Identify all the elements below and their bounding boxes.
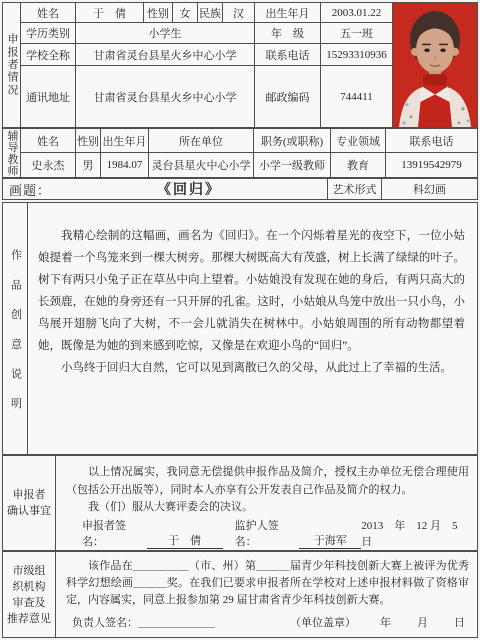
description-section-label: 作品创意说明	[10, 230, 21, 427]
confirmation-content: 以上情况属实，我同意无偿提供申报作品及简介，授权主办单位无偿合理使用（包括公开出…	[56, 456, 477, 550]
education-type-value: 小学生	[76, 23, 255, 43]
responsible-signature-label: 负责人签名：	[72, 614, 138, 630]
tutor-birth-value: 1984.07	[101, 153, 149, 177]
responsible-signature-blank: ＿＿＿＿＿＿＿	[138, 614, 215, 630]
review-year-label: 年	[380, 614, 391, 630]
applicant-section-label-cell: 申报者情况	[3, 3, 21, 127]
school-name-label: 学校全称	[21, 44, 76, 65]
review-section-label: 市级组 织机构 审查及 推荐意见	[7, 563, 51, 627]
tutor-section-label-cell: 辅导教师	[3, 129, 21, 177]
grade-value: 五一班	[321, 23, 393, 43]
tutor-section: 辅导教师 姓名 性别 出生年月 所在单位 职务(或职称) 专业领域 联系电话 史…	[2, 128, 478, 178]
applicant-row-2: 学历类别 小学生 年 级 五一班	[21, 23, 393, 44]
confirmation-paragraph-2: 我（们）服从大赛评委会的决议。	[66, 499, 469, 517]
name-value: 于 倩	[76, 3, 144, 22]
description-content: 我精心绘制的这幅画，画名为《回归》。在一个闪烁着星光的夜空下，一位小姑娘提着一个…	[28, 203, 477, 454]
applicant-row-1: 姓名 于 倩 性别 女 民族 汉 出生年月 2003.01.22	[21, 3, 393, 23]
tutor-section-label: 辅导教师	[6, 130, 17, 176]
applicant-photo-image	[393, 3, 477, 127]
review-month-label: 月	[417, 614, 428, 630]
description-paragraph-1: 我精心绘制的这幅画，画名为《回归》。在一个闪烁着星光的夜空下，一位小姑娘提着一个…	[38, 225, 465, 357]
tutor-title-value: 小学一级教师	[254, 153, 331, 177]
applicant-section-label: 申报者情况	[6, 33, 17, 96]
birthdate-label: 出生年月	[255, 3, 321, 22]
contact-phone-value: 15293310936	[321, 44, 393, 65]
review-signature-row: 负责人签名： ＿＿＿＿＿＿＿ （单位盖章） 年 月 日	[66, 614, 469, 630]
confirmation-paragraph-1: 以上情况属实，我同意无偿提供申报作品及简介，授权主办单位无偿合理使用（包括公开出…	[66, 464, 469, 499]
ethnicity-value: 汉	[223, 3, 255, 22]
ethnicity-label: 民族	[198, 3, 223, 22]
applicant-photo	[393, 3, 477, 127]
description-paragraph-2: 小鸟终于回归大自然，它可以见到离散已久的父母，从此过上了幸福的生活。	[38, 357, 465, 379]
artwork-title-cell: 画题： 《回归》	[3, 179, 328, 199]
applicant-confirmation-section: 申报者 确认事宜 以上情况属实，我同意无偿提供申报作品及简介，授权主办单位无偿合…	[2, 455, 478, 551]
tutor-unit-value: 灵台县星火中心小学	[149, 153, 254, 177]
name-label: 姓名	[21, 3, 76, 22]
school-name-value: 甘肃省灵台县星火乡中心小学	[76, 44, 255, 65]
unit-seal-label: （单位盖章）	[290, 614, 356, 630]
contact-phone-label: 联系电话	[255, 44, 321, 65]
art-form-value: 科幻画	[382, 179, 477, 199]
review-content: 该作品在＿＿＿＿＿（市、州）第＿＿＿届青少年科技创新大赛上被评为优秀科学幻想绘画…	[56, 552, 477, 637]
applicant-signature-value: 于 倩	[147, 532, 223, 549]
confirmation-signature-row: 申报者签名： 于 倩 监护人签名： 于海军 2013 年 12 月 5 日	[66, 517, 469, 549]
birthdate-value: 2003.01.22	[321, 3, 393, 22]
tutor-phone-header: 联系电话	[386, 129, 477, 152]
grade-label: 年 级	[255, 23, 321, 43]
education-type-label: 学历类别	[21, 23, 76, 43]
applicant-row-3: 学校全称 甘肃省灵台县星火乡中心小学 联系电话 15293310936	[21, 44, 393, 66]
applicant-row-4: 通讯地址 甘肃省灵台县星火乡中心小学 邮政编码 744411	[21, 66, 393, 127]
confirmation-date: 2013 年 12 月 5 日	[361, 517, 469, 549]
artwork-title-label: 画题：	[9, 180, 51, 199]
tutor-header-row: 姓名 性别 出生年月 所在单位 职务(或职称) 专业领域 联系电话	[21, 129, 477, 153]
applicant-info-section: 申报者情况 姓名 于 倩 性别 女 民族 汉 出生年月 2003.01.22 学…	[2, 2, 478, 128]
postal-code-label: 邮政编码	[255, 66, 321, 127]
tutor-gender-header: 性别	[76, 129, 101, 152]
creative-description-section: 作品创意说明 我精心绘制的这幅画，画名为《回归》。在一个闪烁着星光的夜空下，一位…	[2, 202, 478, 455]
tutor-birth-header: 出生年月	[101, 129, 149, 152]
applicant-rows: 姓名 于 倩 性别 女 民族 汉 出生年月 2003.01.22 学历类别 小学…	[21, 3, 393, 127]
confirmation-section-label: 申报者 确认事宜	[7, 487, 51, 519]
mailing-address-value: 甘肃省灵台县星火乡中心小学	[76, 66, 255, 127]
description-section-label-cell: 作品创意说明	[3, 203, 28, 454]
tutor-field-value: 教育	[331, 153, 386, 177]
tutor-title-header: 职务(或职称)	[254, 129, 331, 152]
tutor-name-value: 史永杰	[21, 153, 76, 177]
tutor-field-header: 专业领域	[331, 129, 386, 152]
review-paragraph: 该作品在＿＿＿＿＿（市、州）第＿＿＿届青少年科技创新大赛上被评为优秀科学幻想绘画…	[66, 558, 469, 609]
application-form-page: { "applicant": { "section_label": "申报者情况…	[0, 0, 480, 640]
tutor-name-header: 姓名	[21, 129, 76, 152]
mailing-address-label: 通讯地址	[21, 66, 76, 127]
gender-label: 性别	[144, 3, 173, 22]
confirmation-section-label-cell: 申报者 确认事宜	[3, 456, 56, 550]
tutor-rows: 姓名 性别 出生年月 所在单位 职务(或职称) 专业领域 联系电话 史永杰 男 …	[21, 129, 477, 177]
review-section-label-cell: 市级组 织机构 审查及 推荐意见	[3, 552, 56, 637]
municipal-review-section: 市级组 织机构 审查及 推荐意见 该作品在＿＿＿＿＿（市、州）第＿＿＿届青少年科…	[2, 551, 478, 638]
art-form-label: 艺术形式	[328, 179, 382, 199]
tutor-unit-header: 所在单位	[149, 129, 254, 152]
postal-code-value: 744411	[321, 66, 393, 127]
review-day-label: 日	[454, 614, 465, 630]
tutor-gender-value: 男	[76, 153, 101, 177]
guardian-signature-label: 监护人签名：	[235, 517, 300, 549]
applicant-signature-label: 申报者签名：	[82, 517, 147, 549]
tutor-data-row: 史永杰 男 1984.07 灵台县星火中心小学 小学一级教师 教育 139195…	[21, 153, 477, 177]
gender-value: 女	[173, 3, 198, 22]
tutor-phone-value: 13919542979	[386, 153, 477, 177]
artwork-title-value: 《回归》	[51, 179, 327, 199]
guardian-signature-value: 于海军	[299, 532, 361, 549]
artwork-title-section: 画题： 《回归》 艺术形式 科幻画	[2, 178, 478, 200]
